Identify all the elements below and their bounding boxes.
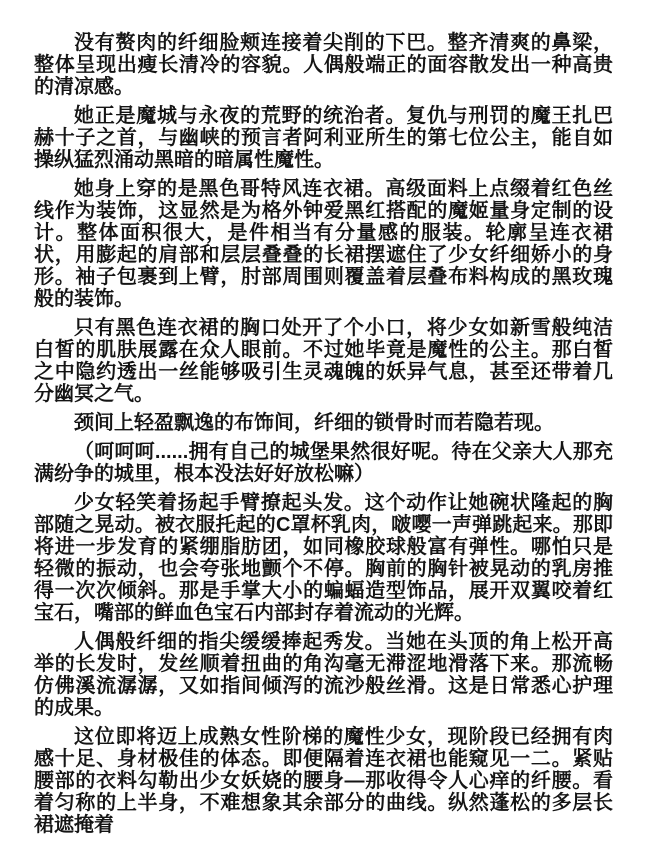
paragraph-8: 人偶般纤细的指尖缓缓捧起秀发。当她在头顶的角上松开高举的长发时，发丝顺着扭曲的角… — [34, 631, 613, 719]
paragraph-1: 没有赘肉的纤细脸颊连接着尖削的下巴。整齐清爽的鼻梁，整体呈现出瘦长清冷的容貌。人… — [34, 32, 613, 98]
novel-text-body: 没有赘肉的纤细脸颊连接着尖削的下巴。整齐清爽的鼻梁，整体呈现出瘦长清冷的容貌。人… — [34, 32, 613, 836]
novel-page: 没有赘肉的纤细脸颊连接着尖削的下巴。整齐清爽的鼻梁，整体呈现出瘦长清冷的容貌。人… — [0, 0, 650, 850]
paragraph-9: 这位即将迈上成熟女性阶梯的魔性少女，现阶段已经拥有肉感十足、身材极佳的体态。即便… — [34, 726, 613, 836]
paragraph-6-inner-monologue: （呵呵呵......拥有自己的城堡果然很好呢。待在父亲大人那充满纷争的城里，根本… — [34, 441, 613, 485]
paragraph-7: 少女轻笑着扬起手臂撩起头发。这个动作让她碗状隆起的胸部随之晃动。被衣服托起的C罩… — [34, 492, 613, 624]
paragraph-4: 只有黑色连衣裙的胸口处开了个小口，将少女如新雪般纯洁白皙的肌肤展露在众人眼前。不… — [34, 317, 613, 405]
paragraph-3: 她身上穿的是黑色哥特风连衣裙。高级面料上点缀着红色丝线作为装饰，这显然是为格外钟… — [34, 178, 613, 310]
paragraph-2: 她正是魔城与永夜的荒野的统治者。复仇与刑罚的魔王扎巴赫十子之首，与幽峡的预言者阿… — [34, 105, 613, 171]
paragraph-5: 颈间上轻盈飘逸的布饰间，纤细的锁骨时而若隐若现。 — [34, 412, 613, 434]
